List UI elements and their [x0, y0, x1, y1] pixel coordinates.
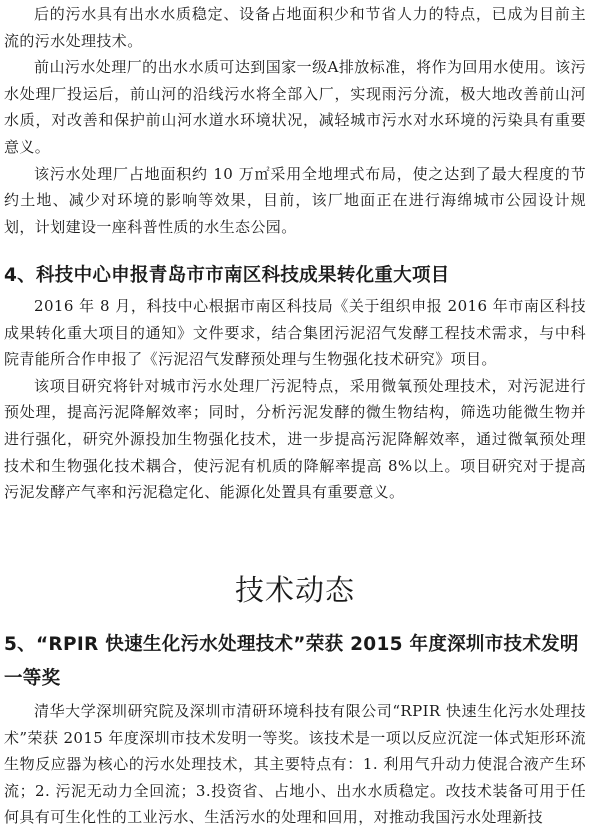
paragraph-qianshan-area: 该污水处理厂占地面积约 10 万㎡采用全地埋式布局，使之达到了最大程度的节约土地… [4, 161, 586, 241]
section-5-heading: 5、“RPIR 快速生化污水处理技术”荣获 2015 年度深圳市技术发明一等奖 [4, 628, 586, 696]
category-section: 技术动态 [4, 568, 586, 609]
category-title: 技术动态 [4, 568, 586, 609]
section-4-paragraph-1: 2016 年 8 月，科技中心根据市南区科技局《关于组织申报 2016 年市南区… [4, 293, 586, 373]
section-5: 5、“RPIR 快速生化污水处理技术”荣获 2015 年度深圳市技术发明一等奖 … [4, 628, 586, 831]
paragraph-continued: 后的污水具有出水水质稳定、设备占地面积少和节省人力的特点，已成为目前主流的污水处… [4, 1, 586, 54]
section-5-paragraph-1: 清华大学深圳研究院及深圳市清研环境科技有限公司“RPIR 快速生化污水处理技术”… [4, 698, 586, 831]
paragraph-qianshan-quality: 前山污水处理厂的出水水质可达到国家一级A排放标准，将作为回用水使用。该污水处理厂… [4, 54, 586, 160]
top-paragraphs: 后的污水具有出水水质稳定、设备占地面积少和节省人力的特点，已成为目前主流的污水处… [4, 1, 586, 240]
section-4-heading: 4、科技中心申报青岛市市南区科技成果转化重大项目 [4, 259, 586, 293]
section-4-paragraph-2: 该项目研究将针对城市污水处理厂污泥特点，采用微氧预处理技术，对污泥进行预处理，提… [4, 373, 586, 506]
section-4: 4、科技中心申报青岛市市南区科技成果转化重大项目 2016 年 8 月，科技中心… [4, 259, 586, 506]
